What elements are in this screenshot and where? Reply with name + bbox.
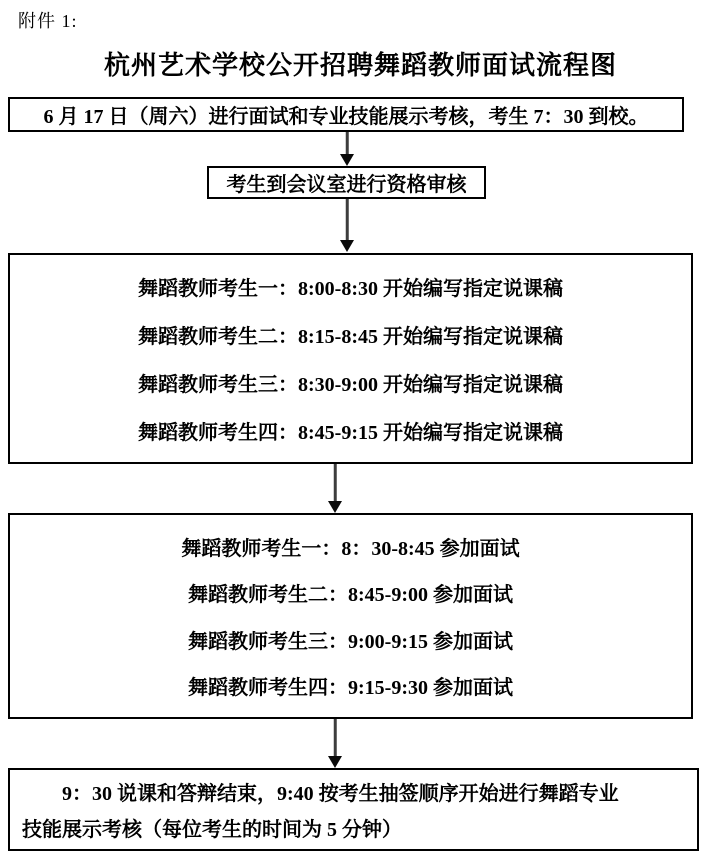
schedule-line: 舞蹈教师考生一：8：30-8:45 参加面试 [10,532,691,561]
document-page: 附件 1: 杭州艺术学校公开招聘舞蹈教师面试流程图 6 月 17 日（周六）进行… [0,0,721,856]
arrow-shaft [346,199,349,243]
flow-arrow-down-icon [339,132,355,166]
skill-demo-line: 技能展示考核（每位考生的时间为 5 分钟） [22,812,683,848]
arrow-head [340,240,354,252]
flow-arrow-down-icon [327,719,343,768]
interview-schedule: 舞蹈教师考生一：8：30-8:45 参加面试 舞蹈教师考生二：8:45-9:00… [10,515,691,717]
arrow-shaft [334,464,337,504]
lesson-prep-schedule: 舞蹈教师考生一：8:00-8:30 开始编写指定说课稿 舞蹈教师考生二：8:15… [10,255,691,462]
schedule-line: 舞蹈教师考生三：9:00-9:15 参加面试 [10,625,691,654]
flow-box-arrival: 6 月 17 日（周六）进行面试和专业技能展示考核，考生 7：30 到校。 [8,97,684,132]
flow-box-skill-demo: 9：30 说课和答辩结束，9:40 按考生抽签顺序开始进行舞蹈专业 技能展示考核… [8,768,699,851]
schedule-line: 舞蹈教师考生三：8:30-9:00 开始编写指定说课稿 [10,368,691,397]
schedule-line: 舞蹈教师考生二：8:15-8:45 开始编写指定说课稿 [10,320,691,349]
flow-box-arrival-text: 6 月 17 日（周六）进行面试和专业技能展示考核，考生 7：30 到校。 [44,100,649,129]
attachment-label: 附件 1: [18,7,78,33]
schedule-line: 舞蹈教师考生四：8:45-9:15 开始编写指定说课稿 [10,416,691,445]
flow-arrow-down-icon [327,464,343,513]
flow-box-qualification-text: 考生到会议室进行资格审核 [227,168,467,197]
flow-box-qualification: 考生到会议室进行资格审核 [207,166,486,199]
flow-arrow-down-icon [339,199,355,252]
flow-box-interview: 舞蹈教师考生一：8：30-8:45 参加面试 舞蹈教师考生二：8:45-9:00… [8,513,693,719]
page-title: 杭州艺术学校公开招聘舞蹈教师面试流程图 [0,45,721,82]
skill-demo-line: 9：30 说课和答辩结束，9:40 按考生抽签顺序开始进行舞蹈专业 [22,776,683,812]
schedule-line: 舞蹈教师考生一：8:00-8:30 开始编写指定说课稿 [10,272,691,301]
arrow-head [328,756,342,768]
schedule-line: 舞蹈教师考生二：8:45-9:00 参加面试 [10,578,691,607]
arrow-head [340,154,354,166]
flow-box-lesson-prep: 舞蹈教师考生一：8:00-8:30 开始编写指定说课稿 舞蹈教师考生二：8:15… [8,253,693,464]
schedule-line: 舞蹈教师考生四：9:15-9:30 参加面试 [10,671,691,700]
arrow-shaft [334,719,337,759]
arrow-head [328,501,342,513]
